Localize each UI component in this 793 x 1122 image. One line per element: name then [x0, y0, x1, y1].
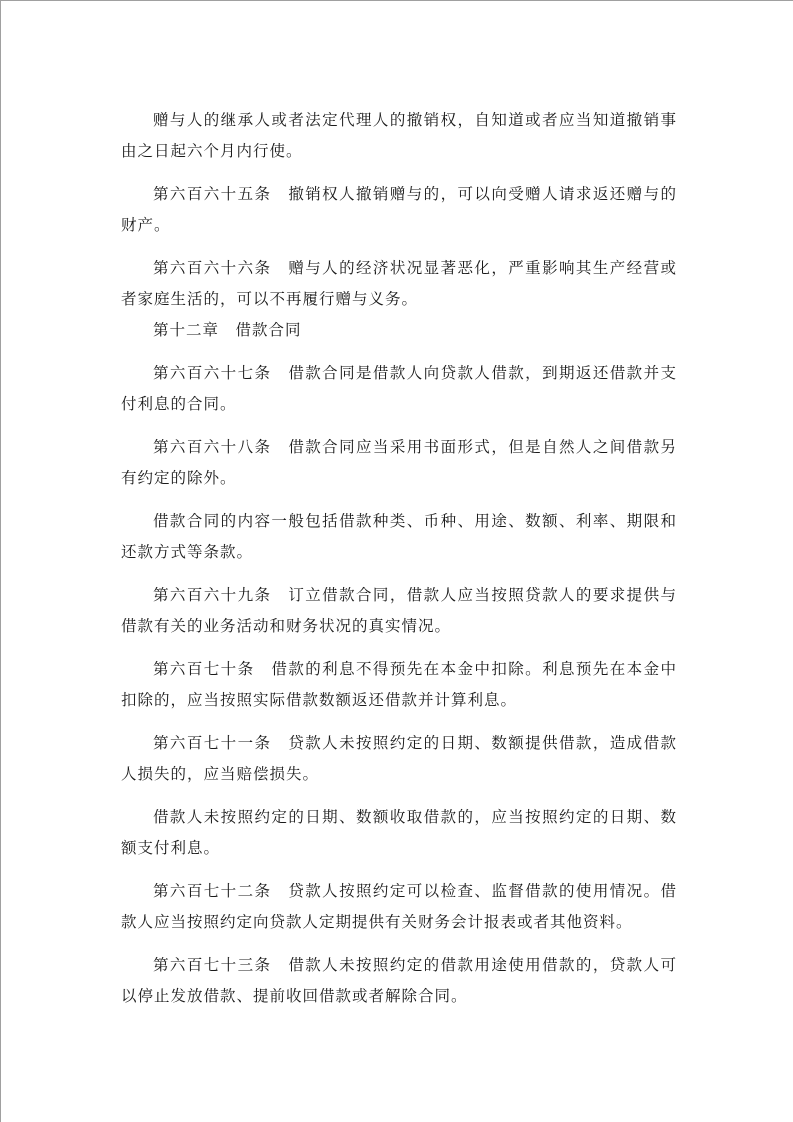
paragraph-article-672: 第六百七十二条 贷款人按照约定可以检查、监督借款的使用情况。借款人应当按照约定向… — [121, 876, 677, 938]
paragraph-article-673: 第六百七十三条 借款人未按照约定的借款用途使用借款的，贷款人可以停止发放借款、提… — [121, 950, 677, 1012]
paragraph-borrower-interest: 借款人未按照约定的日期、数额收取借款的，应当按照约定的日期、数额支付利息。 — [121, 802, 677, 864]
paragraph-article-670: 第六百七十条 借款的利息不得预先在本金中扣除。利息预先在本金中扣除的，应当按照实… — [121, 654, 677, 716]
paragraph-loan-contract-content: 借款合同的内容一般包括借款种类、币种、用途、数额、利率、期限和还款方式等条款。 — [121, 506, 677, 568]
paragraph-article-669: 第六百六十九条 订立借款合同，借款人应当按照贷款人的要求提供与借款有关的业务活动… — [121, 580, 677, 642]
paragraph-article-666: 第六百六十六条 赠与人的经济状况显著恶化，严重影响其生产经营或者家庭生活的，可以… — [121, 253, 677, 315]
paragraph-article-667: 第六百六十七条 借款合同是借款人向贷款人借款，到期返还借款并支付利息的合同。 — [121, 358, 677, 420]
paragraph-revocation-period: 赠与人的继承人或者法定代理人的撤销权，自知道或者应当知道撤销事由之日起六个月内行… — [121, 105, 677, 167]
document-page: 赠与人的继承人或者法定代理人的撤销权，自知道或者应当知道撤销事由之日起六个月内行… — [0, 0, 793, 1122]
paragraph-article-671: 第六百七十一条 贷款人未按照约定的日期、数额提供借款，造成借款人损失的，应当赔偿… — [121, 728, 677, 790]
chapter-heading: 第十二章 借款合同 — [121, 315, 677, 346]
paragraph-article-665: 第六百六十五条 撤销权人撤销赠与的，可以向受赠人请求返还赠与的财产。 — [121, 179, 677, 241]
document-body: 赠与人的继承人或者法定代理人的撤销权，自知道或者应当知道撤销事由之日起六个月内行… — [121, 105, 677, 1012]
paragraph-article-668: 第六百六十八条 借款合同应当采用书面形式，但是自然人之间借款另有约定的除外。 — [121, 432, 677, 494]
